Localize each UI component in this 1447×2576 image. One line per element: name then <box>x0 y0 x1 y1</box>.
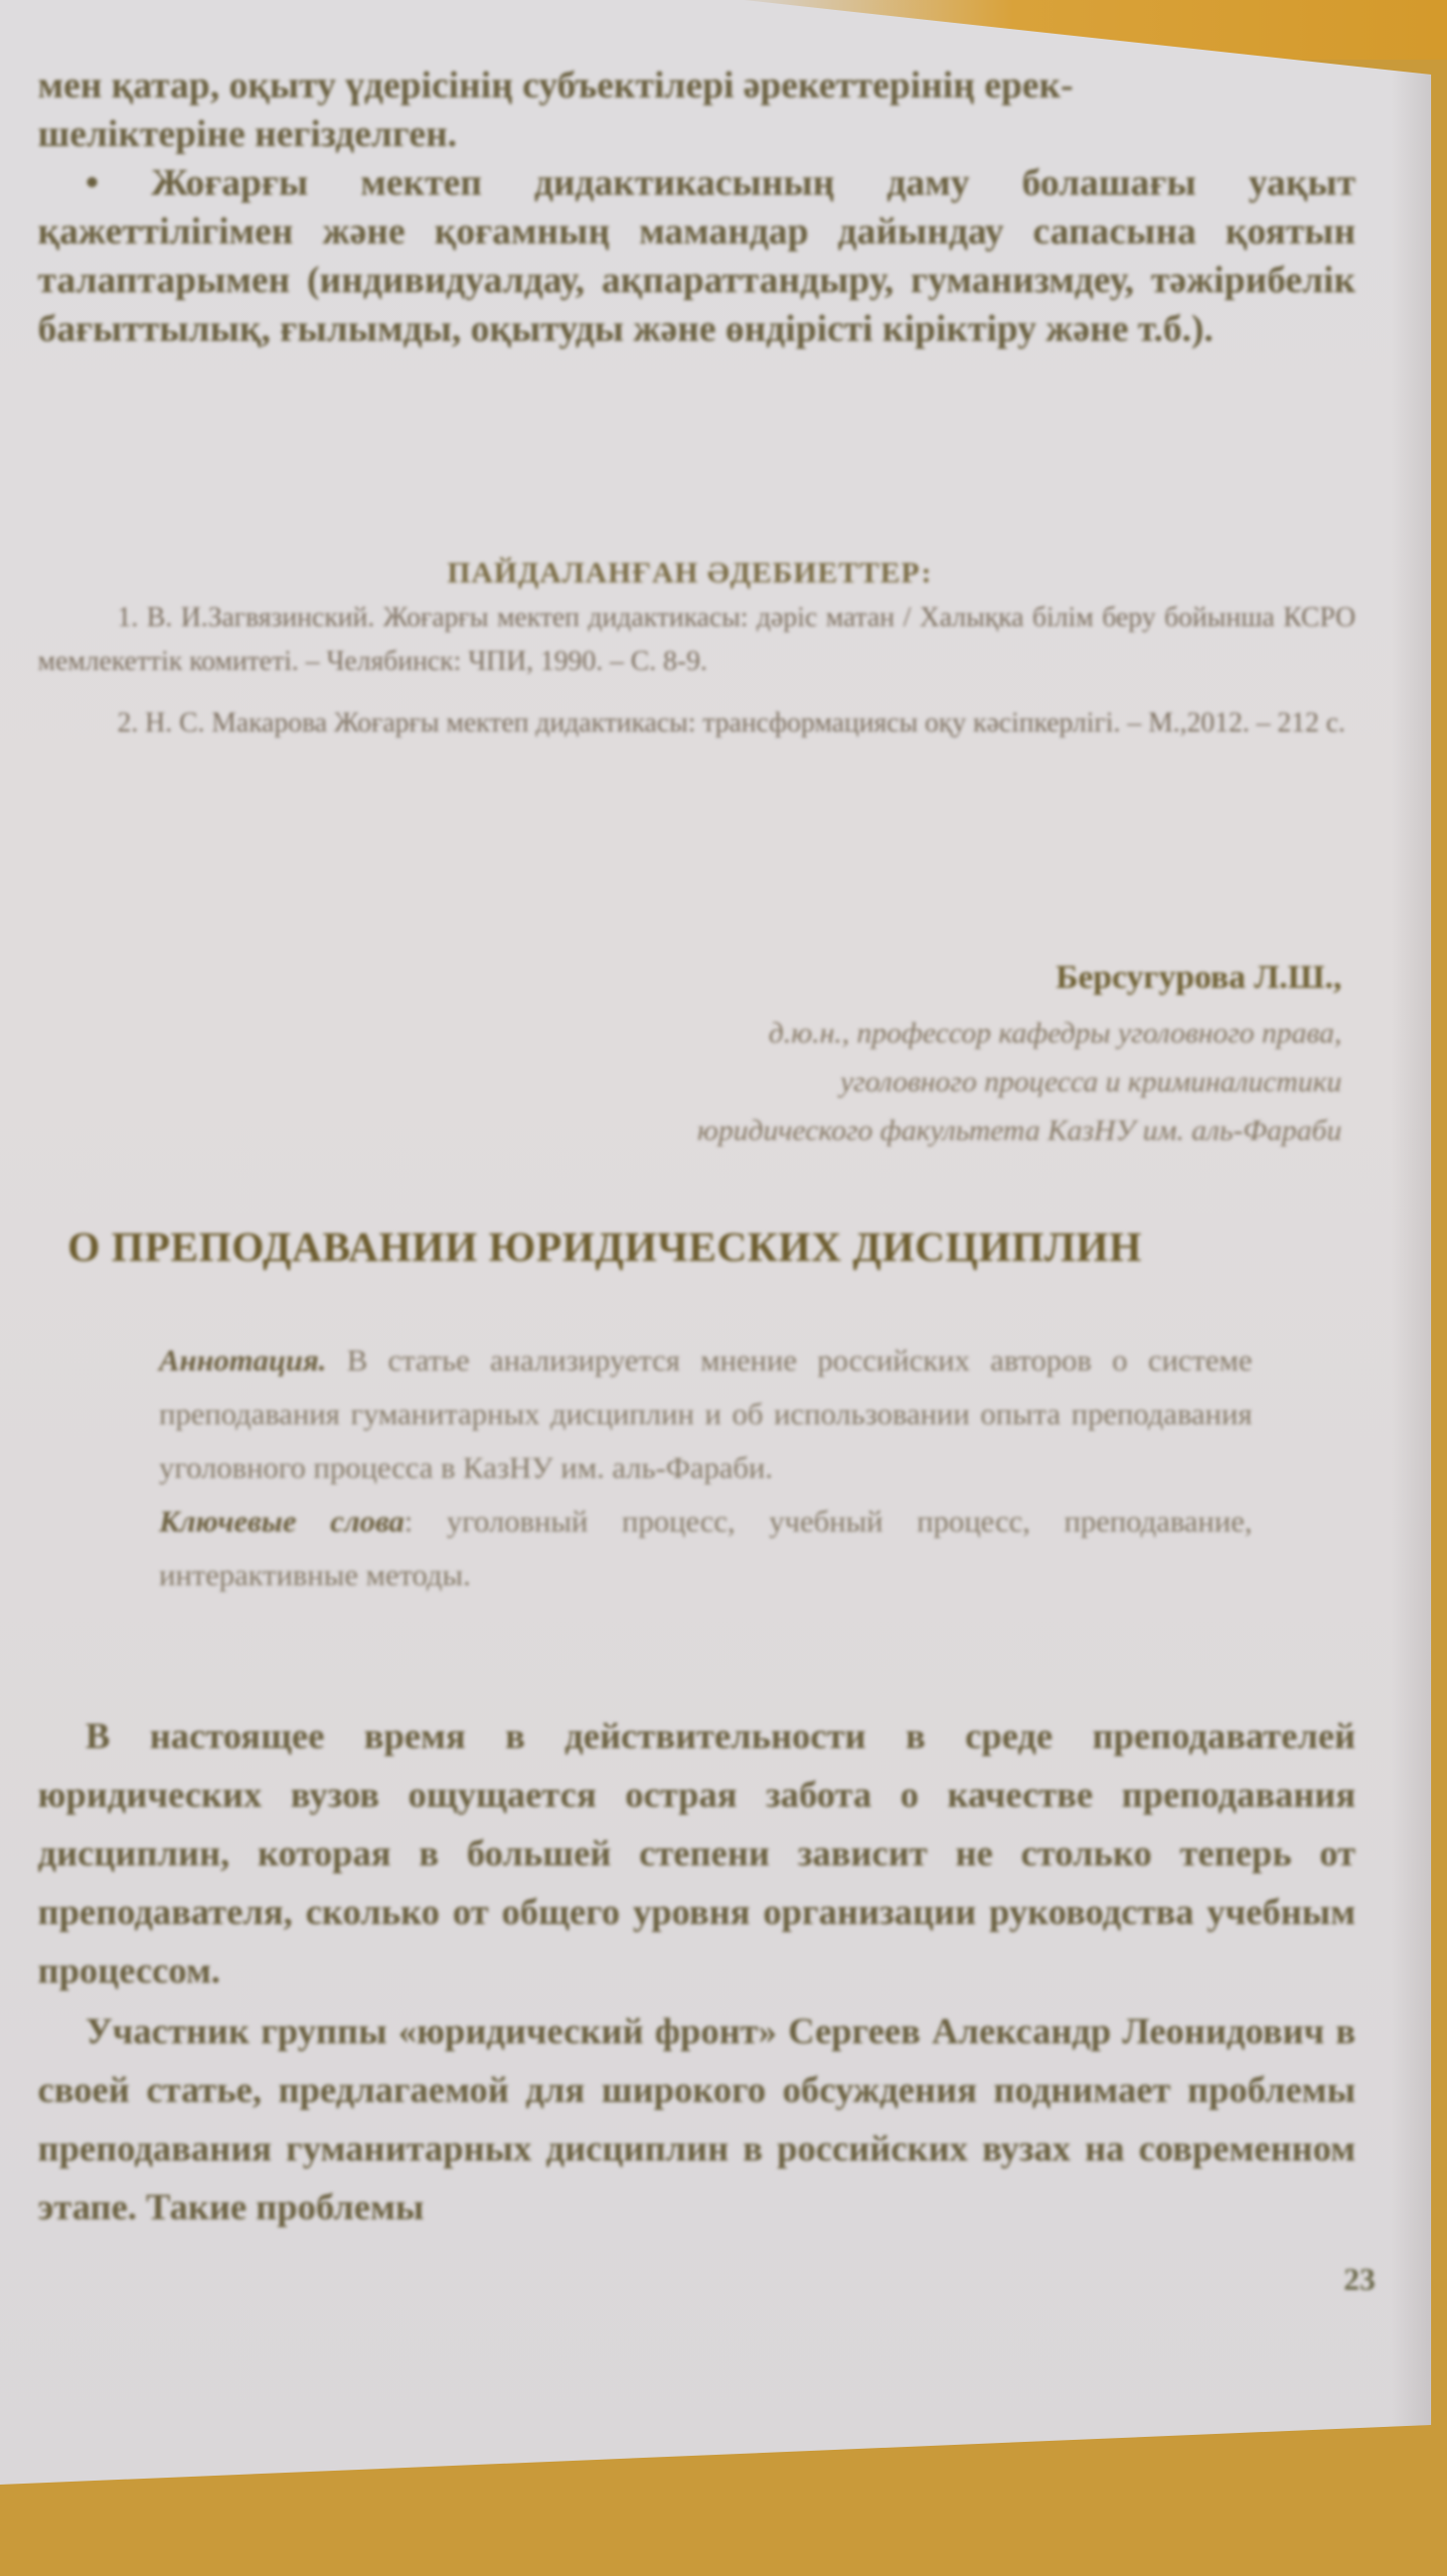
article-title: О ПРЕПОДАВАНИИ ЮРИДИЧЕСКИХ ДИСЦИПЛИН <box>68 1224 1142 1272</box>
reference-item: 1. В. И.Загвязинский. Жоғарғы мектеп дид… <box>38 596 1356 684</box>
document-page: мен қатар, оқыту үдерісінің субъектілері… <box>0 0 1431 2485</box>
affiliation-line: уголовного процесса и криминалистики <box>447 1057 1342 1106</box>
page-content: мен қатар, оқыту үдерісінің субъектілері… <box>0 0 1431 2485</box>
keywords: Ключевые слова: уголовный процесс, учебн… <box>159 1495 1252 1602</box>
author-affiliation: д.ю.н., профессор кафедры уголовного пра… <box>447 1009 1342 1155</box>
article-paragraph-2: Участник группы «юридический фронт» Серг… <box>38 2003 1356 2237</box>
text-line: мен қатар, оқыту үдерісінің субъектілері… <box>38 62 1356 110</box>
kazakh-paragraph: мен қатар, оқыту үдерісінің субъектілері… <box>38 62 1356 354</box>
keywords-label: Ключевые слова <box>159 1504 404 1538</box>
abstract-block: Аннотация. В статье анализируется мнение… <box>159 1334 1252 1602</box>
abstract-label: Аннотация. <box>159 1343 326 1377</box>
affiliation-line: д.ю.н., профессор кафедры уголовного пра… <box>447 1009 1342 1057</box>
page-number: 23 <box>1344 2261 1375 2298</box>
affiliation-line: юридического факультета КазНУ им. аль-Фа… <box>447 1106 1342 1155</box>
references-title: ПАЙДАЛАНҒАН ӘДЕБИЕТТЕР: <box>447 557 932 590</box>
article-paragraph-1: В настоящее время в действительности в с… <box>38 1707 1356 2001</box>
bullet-paragraph: • Жоғарғы мектеп дидактикасының даму бол… <box>38 159 1356 354</box>
author-name: Берсугурова Л.Ш., <box>1055 959 1342 997</box>
references-list: 1. В. И.Загвязинский. Жоғарғы мектеп дид… <box>38 596 1356 763</box>
text-line: шеліктеріне негізделген. <box>38 110 1356 159</box>
abstract: Аннотация. В статье анализируется мнение… <box>159 1334 1252 1495</box>
reference-item: 2. Н. С. Макарова Жоғарғы мектеп дидакти… <box>38 702 1356 745</box>
